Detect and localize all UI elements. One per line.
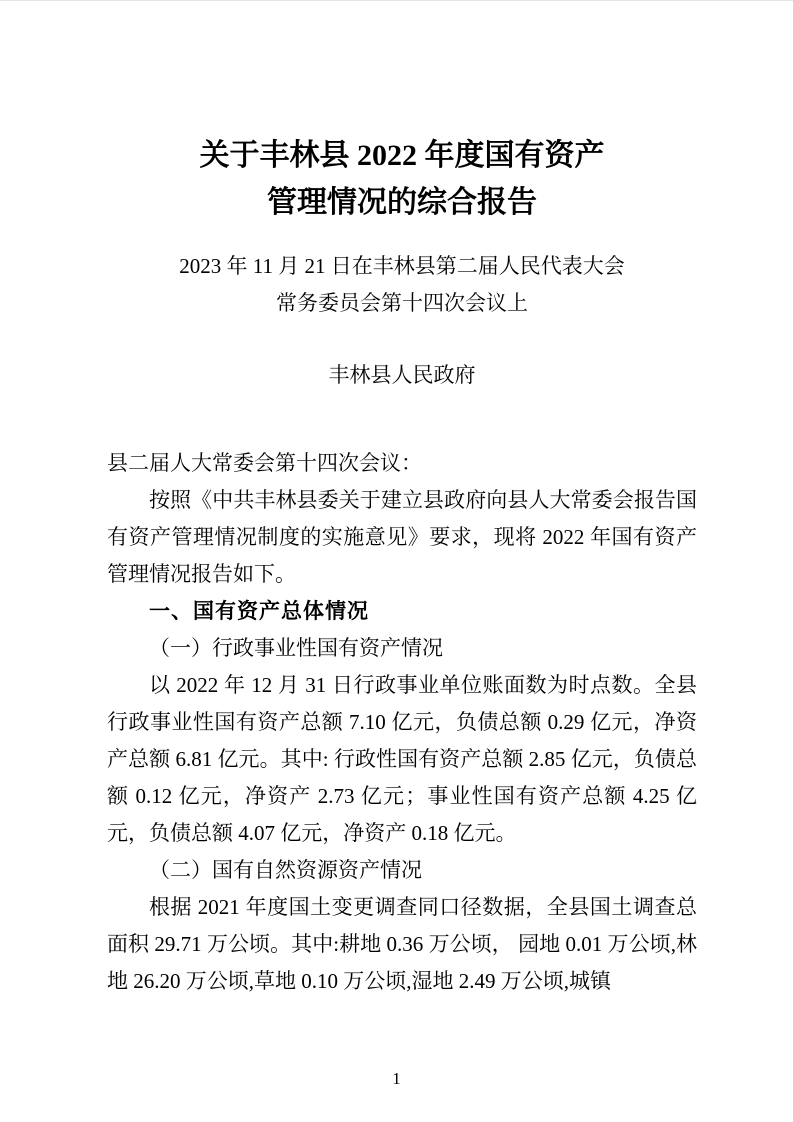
document-body: 县二届人大常委会第十四次会议： 按照《中共丰林县委关于建立县政府向县人大常委会报… <box>107 445 697 1000</box>
meeting-line-2: 常务委员会第十四次会议上 <box>107 285 697 322</box>
document-content: 关于丰林县 2022 年度国有资产 管理情况的综合报告 2023 年 11 月 … <box>107 132 697 1000</box>
salutation: 县二届人大常委会第十四次会议： <box>107 445 697 482</box>
meeting-info: 2023 年 11 月 21 日在丰林县第二届人民代表大会 常务委员会第十四次会… <box>107 248 697 322</box>
meeting-line-1: 2023 年 11 月 21 日在丰林县第二届人民代表大会 <box>107 248 697 285</box>
section-1-2-heading: （二）国有自然资源资产情况 <box>107 852 697 889</box>
section-1-2-paragraph: 根据 2021 年度国土变更调查同口径数据，全县国土调查总面积 29.71 万公… <box>107 889 697 1000</box>
intro-paragraph: 按照《中共丰林县委关于建立县政府向县人大常委会报告国有资产管理情况制度的实施意见… <box>107 482 697 593</box>
title-line-1: 关于丰林县 2022 年度国有资产 <box>107 132 697 179</box>
page-number: 1 <box>0 1069 793 1089</box>
title-line-2: 管理情况的综合报告 <box>107 179 697 226</box>
document-title: 关于丰林县 2022 年度国有资产 管理情况的综合报告 <box>107 132 697 226</box>
section-1-heading: 一、国有资产总体情况 <box>107 593 697 630</box>
issuing-authority: 丰林县人民政府 <box>107 357 697 394</box>
document-page: 关于丰林县 2022 年度国有资产 管理情况的综合报告 2023 年 11 月 … <box>0 0 793 1122</box>
section-1-1-paragraph: 以 2022 年 12 月 31 日行政事业单位账面数为时点数。全县行政事业性国… <box>107 667 697 852</box>
section-1-1-heading: （一）行政事业性国有资产情况 <box>107 630 697 667</box>
